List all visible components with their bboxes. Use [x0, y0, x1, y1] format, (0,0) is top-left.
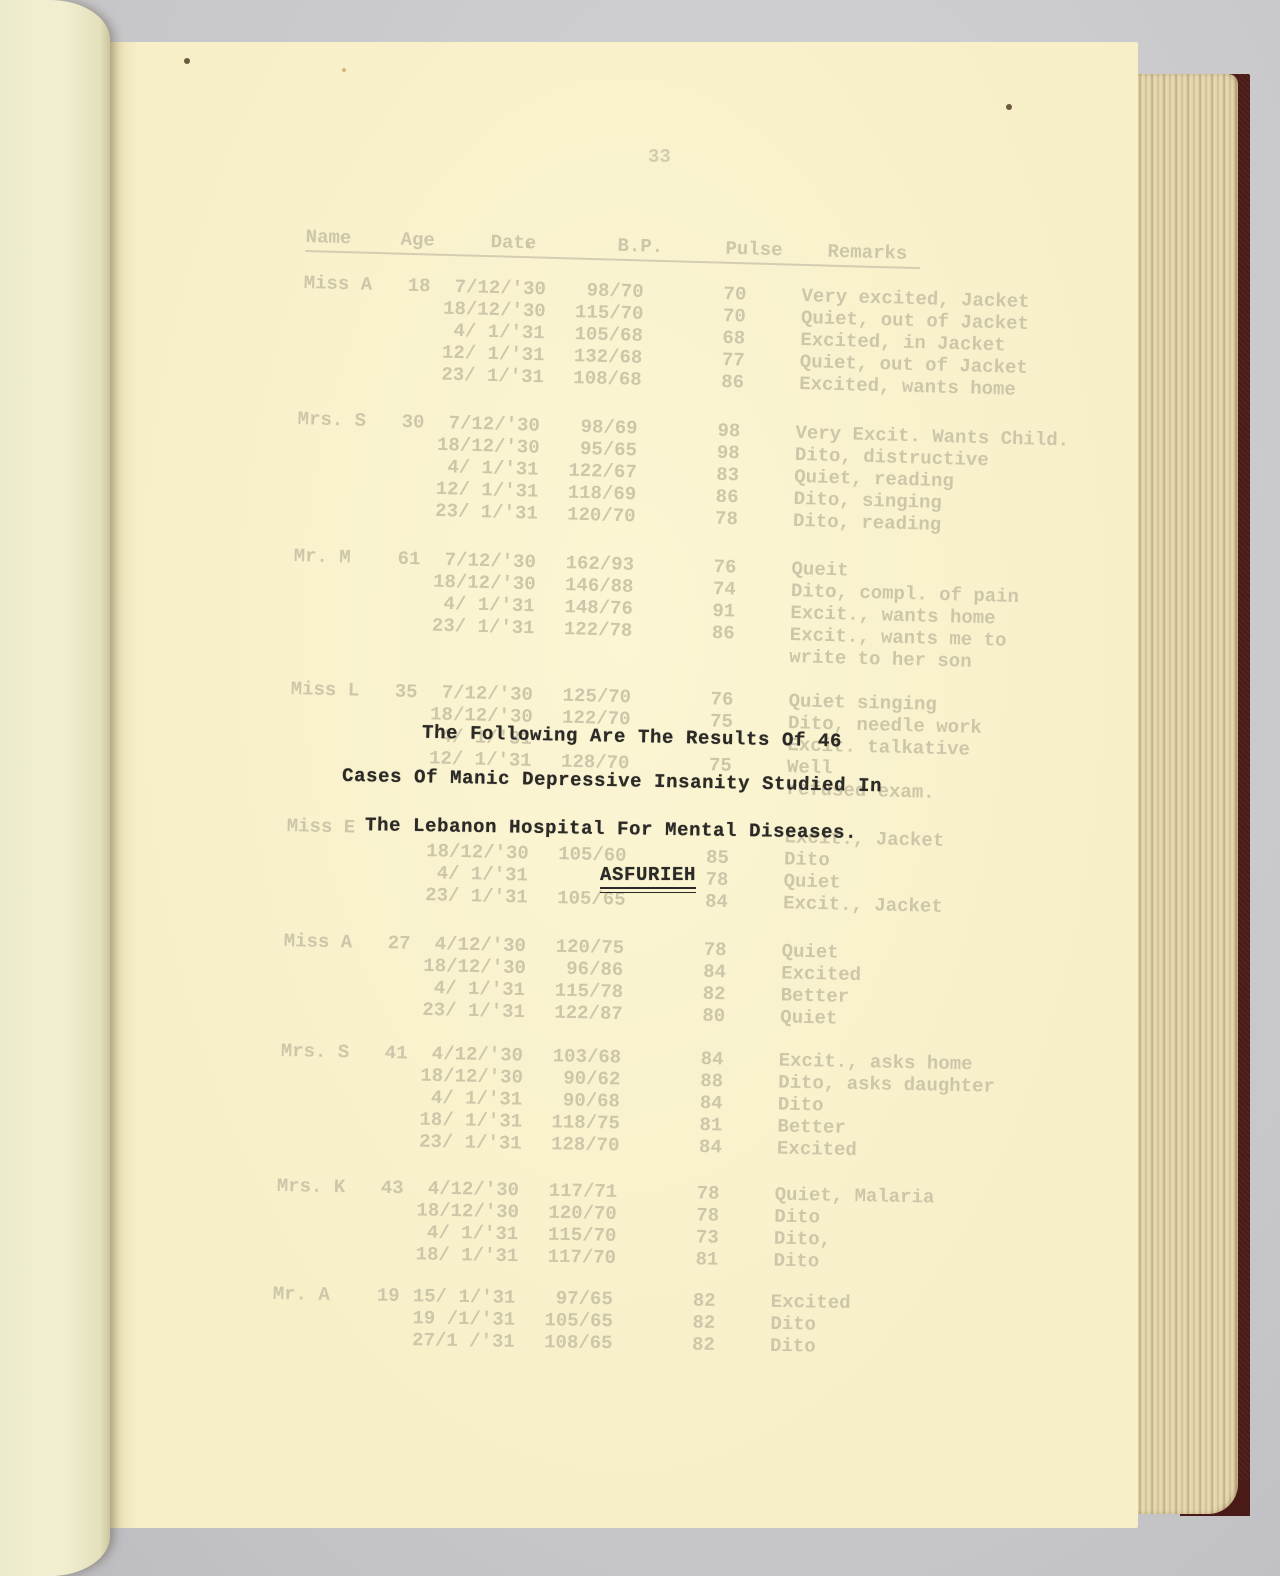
- left-page-showthrough-mark: ı: [0, 476, 4, 490]
- column-header-age: Age: [400, 229, 435, 252]
- visit-date: 18/12/'30: [437, 434, 540, 459]
- patient-name: Miss E: [287, 815, 356, 839]
- visit-date: 18/12/'30: [433, 571, 536, 596]
- left-page-curl: ɟ d ɾ d ı: [0, 0, 110, 1576]
- column-header-remarks: Remarks: [827, 241, 907, 265]
- blood-pressure: 115/70: [575, 301, 644, 325]
- patient-name: Mrs. S: [297, 408, 366, 432]
- visit-date: 4/12/'30: [435, 933, 527, 957]
- visit-date: 12/ 1/'31: [442, 342, 545, 367]
- pulse: 78: [697, 1182, 720, 1204]
- remarks: Quiet: [780, 1006, 837, 1029]
- blood-pressure: 108/65: [544, 1331, 613, 1354]
- remarks: Better: [781, 984, 850, 1007]
- blood-pressure: 120/70: [567, 504, 636, 528]
- blood-pressure: 162/93: [565, 552, 634, 576]
- blood-pressure: 118/75: [551, 1111, 620, 1134]
- visit-date: 18/12/'30: [426, 840, 529, 864]
- pulse: 78: [715, 508, 738, 531]
- visit-date: 7/12/'30: [444, 549, 536, 573]
- pulse: 84: [705, 891, 728, 914]
- visit-date: 18/12/'30: [420, 1065, 523, 1089]
- pulse: 82: [692, 1334, 715, 1356]
- patient-age: 41: [385, 1042, 408, 1064]
- blood-pressure: 108/68: [573, 367, 642, 391]
- blood-pressure: 117/71: [549, 1180, 618, 1203]
- blood-pressure: 120/75: [555, 936, 624, 959]
- remarks: Dito: [778, 1094, 824, 1117]
- patient-age: 30: [401, 411, 424, 434]
- pulse: 85: [706, 847, 729, 870]
- visit-date: 4/12/'30: [432, 1043, 524, 1067]
- blood-pressure: 148/76: [564, 596, 633, 620]
- visit-date: 27/1 /'31: [412, 1329, 515, 1353]
- patient-age: 35: [394, 681, 417, 704]
- remarks: Dito, reading: [793, 510, 942, 536]
- table-row: Miss A187/12/'3098/7070Very excited, Jac…: [303, 272, 304, 294]
- visit-date: 12/ 1/'31: [435, 478, 538, 503]
- table-row: Mrs. S307/12/'3098/6998Very Excit. Wants…: [297, 408, 298, 430]
- remarks: Better: [777, 1116, 846, 1139]
- left-page-showthrough-mark: ɾ: [0, 380, 4, 394]
- remarks: Quiet: [783, 870, 841, 893]
- blood-pressure: 96/86: [566, 958, 623, 981]
- blood-pressure: 122/87: [554, 1002, 623, 1025]
- left-page-showthrough-mark: ɟ: [0, 283, 4, 297]
- visit-date: 4/ 1/'31: [431, 1087, 523, 1111]
- blood-pressure: 132/68: [574, 345, 643, 369]
- pulse: 84: [699, 1136, 722, 1158]
- visit-date: 23/ 1/'31: [435, 500, 538, 525]
- visit-date: 18/12/'30: [423, 955, 526, 979]
- pulse: 76: [710, 688, 733, 711]
- pulse: 83: [716, 464, 739, 487]
- pulse: 86: [721, 371, 744, 394]
- remarks: Dito: [774, 1206, 820, 1229]
- left-page-showthrough-mark: d: [0, 333, 4, 347]
- blood-pressure: 125/70: [562, 685, 631, 709]
- blood-pressure: 146/88: [565, 574, 634, 598]
- patient-name: Miss A: [284, 930, 353, 953]
- pulse: 80: [702, 1005, 725, 1027]
- column-header-pulse: Pulse: [725, 238, 783, 262]
- pulse: 70: [723, 305, 746, 328]
- pulse: 78: [696, 1204, 719, 1226]
- blood-pressure: 103/68: [553, 1045, 622, 1068]
- binding-hole: [1006, 104, 1012, 110]
- patient-name: Mr. M: [293, 545, 351, 568]
- patient-name: Mrs. S: [281, 1040, 350, 1063]
- blood-pressure: 90/68: [563, 1089, 620, 1112]
- binding-hole: [184, 58, 190, 64]
- remarks: Dito: [773, 1250, 819, 1273]
- remarks: Quiet: [781, 940, 838, 963]
- foxing-spot: [342, 68, 346, 72]
- pulse: 73: [696, 1226, 719, 1248]
- patient-age: 27: [388, 932, 411, 954]
- pulse: 82: [693, 1290, 716, 1312]
- pulse: 98: [717, 442, 740, 465]
- column-header-name: Name: [305, 226, 351, 249]
- visit-date: 23/ 1/'31: [422, 999, 525, 1023]
- blood-pressure: 115/70: [548, 1224, 617, 1247]
- blood-pressure: 128/70: [551, 1133, 620, 1156]
- pulse: 81: [699, 1114, 722, 1136]
- patient-name: Mrs. K: [277, 1175, 346, 1198]
- pulse: 82: [692, 1312, 715, 1334]
- blood-pressure: 97/65: [556, 1287, 613, 1310]
- visit-date: 23/ 1/'31: [441, 364, 544, 389]
- patient-name: Mr. A: [273, 1283, 330, 1306]
- pulse: 70: [723, 283, 746, 306]
- remarks: Excited: [777, 1138, 857, 1162]
- remarks: Dito,: [774, 1228, 831, 1251]
- visit-date: 23/ 1/'31: [425, 884, 528, 908]
- remarks: Queit: [791, 558, 849, 581]
- showthrough-page-number: 33: [648, 146, 671, 168]
- blood-pressure: 120/70: [548, 1202, 617, 1225]
- visit-date: 23/ 1/'31: [419, 1131, 522, 1155]
- left-page-showthrough-mark: d: [0, 428, 4, 442]
- blood-pressure: 122/67: [568, 460, 637, 484]
- remarks: Dito: [770, 1313, 816, 1336]
- visit-date: 23/ 1/'31: [432, 615, 535, 640]
- pulse: 84: [700, 1092, 723, 1114]
- title-institution: ASFURIEH: [600, 864, 696, 889]
- pulse: 82: [703, 983, 726, 1005]
- remarks: Excited: [781, 962, 861, 986]
- visit-date: 7/12/'30: [441, 682, 533, 706]
- column-header-bp: B.P.: [617, 235, 663, 258]
- patient-name: Miss A: [303, 272, 372, 296]
- visit-date: 4/ 1/'31: [436, 862, 528, 886]
- pulse: 77: [722, 349, 745, 372]
- patient-age: 19: [377, 1285, 400, 1307]
- blood-pressure: 105/65: [544, 1309, 613, 1332]
- pulse: 88: [700, 1070, 723, 1092]
- remarks: Quiet, Malaria: [775, 1184, 935, 1209]
- visit-date: 4/ 1/'31: [427, 1222, 519, 1246]
- blood-pressure: 98/69: [580, 416, 638, 440]
- blood-pressure: 117/70: [547, 1246, 616, 1269]
- pulse: 68: [722, 327, 745, 350]
- blood-pressure: 122/78: [564, 618, 633, 642]
- remarks: Dito: [770, 1335, 816, 1358]
- table-row: Miss L357/12/'30125/7076Quiet singing: [290, 678, 291, 700]
- pulse: 86: [715, 486, 738, 509]
- pulse: 76: [713, 556, 736, 579]
- blood-pressure: 90/62: [563, 1067, 620, 1090]
- blood-pressure: 95/65: [580, 438, 638, 462]
- visit-date: 4/ 1/'31: [434, 977, 526, 1001]
- visit-date: 4/ 1/'31: [443, 593, 535, 617]
- blood-pressure: 115/78: [555, 980, 624, 1003]
- pulse: 78: [705, 869, 728, 892]
- visit-date: 7/12/'30: [454, 276, 546, 300]
- pulse: 81: [695, 1248, 718, 1270]
- pulse: 91: [712, 600, 735, 623]
- remarks: Excited: [771, 1291, 851, 1314]
- pulse: 84: [701, 1048, 724, 1070]
- remarks: Excit., Jacket: [783, 892, 943, 918]
- visit-date: 18/ 1/'31: [415, 1243, 518, 1267]
- blood-pressure: 118/69: [567, 482, 636, 506]
- visit-date: 19 /1/'31: [412, 1307, 515, 1331]
- column-header-date: Date: [490, 231, 536, 254]
- pulse: 74: [713, 578, 736, 601]
- visit-date: 15/ 1/'31: [413, 1285, 516, 1309]
- pulse: 84: [703, 961, 726, 983]
- visit-date: 4/12/'30: [428, 1178, 520, 1202]
- pulse: 86: [712, 622, 735, 645]
- blood-pressure: 105/68: [574, 323, 643, 347]
- patient-age: 61: [397, 548, 420, 571]
- visit-date: 4/ 1/'31: [447, 456, 539, 481]
- visit-date: 7/12/'30: [448, 412, 540, 437]
- pulse: 78: [703, 939, 726, 961]
- page-edges: [1130, 74, 1238, 1514]
- visit-date: 18/12/'30: [416, 1199, 519, 1223]
- remarks: Dito: [784, 848, 830, 871]
- blood-pressure: 98/70: [586, 279, 644, 302]
- patient-age: 43: [381, 1177, 404, 1199]
- table-row: Mr. M617/12/'30162/9376Queit: [293, 545, 294, 567]
- patient-age: 18: [407, 275, 430, 298]
- patient-name: Miss L: [290, 678, 359, 702]
- pulse: 98: [717, 420, 740, 443]
- visit-date: 18/ 1/'31: [419, 1109, 522, 1133]
- visit-date: 18/12/'30: [443, 298, 546, 323]
- visit-date: 4/ 1/'31: [453, 320, 545, 344]
